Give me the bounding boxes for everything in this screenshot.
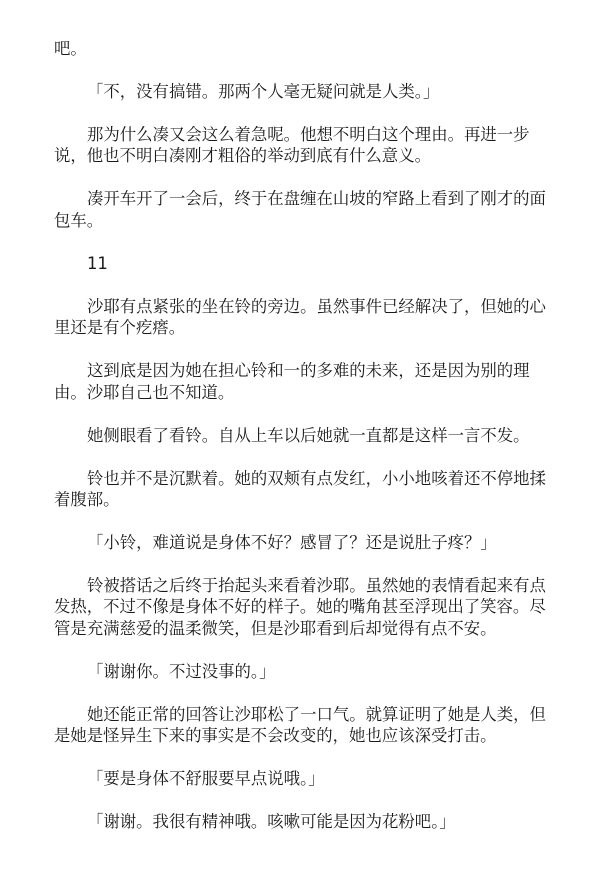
section-number: 11 (54, 253, 554, 274)
paragraph-narration: 铃也并不是沉默着。她的双颊有点发红，小小地咳着还不停地揉着腹部。 (54, 468, 554, 511)
paragraph-narration: 铃被搭话之后终于抬起头来看着沙耶。虽然她的表情看起来有点发热，不过不像是身体不好… (54, 575, 554, 639)
paragraph-narration: 凑开车开了一会后，终于在盘缠在山坡的窄路上看到了刚才的面包车。 (54, 188, 554, 231)
paragraph-continuation: 吧。 (54, 38, 554, 59)
paragraph-dialog: 「小铃，难道说是身体不好？感冒了？还是说肚子疼？」 (54, 532, 554, 553)
paragraph-narration: 她侧眼看了看铃。自从上车以后她就一直都是这样一言不发。 (54, 425, 554, 446)
paragraph-dialog: 「谢谢。我很有精神哦。咳嗽可能是因为花粉吧。」 (54, 811, 554, 832)
document-page: 吧。 「不，没有搞错。那两个人毫无疑问就是人类。」 那为什么凑又会这么着急呢。他… (54, 38, 554, 854)
paragraph-narration: 沙耶有点紧张的坐在铃的旁边。虽然事件已经解决了，但她的心里还是有个疙瘩。 (54, 296, 554, 339)
paragraph-dialog: 「谢谢你。不过没事的。」 (54, 661, 554, 682)
paragraph-narration: 这到底是因为她在担心铃和一的多难的未来，还是因为别的理由。沙耶自己也不知道。 (54, 360, 554, 403)
paragraph-dialog: 「不，没有搞错。那两个人毫无疑问就是人类。」 (54, 81, 554, 102)
paragraph-narration: 她还能正常的回答让沙耶松了一口气。就算证明了她是人类，但是她是怪异生下来的事实是… (54, 704, 554, 747)
paragraph-narration: 那为什么凑又会这么着急呢。他想不明白这个理由。再进一步说，他也不明白凑刚才粗俗的… (54, 124, 554, 167)
paragraph-dialog: 「要是身体不舒服要早点说哦。」 (54, 768, 554, 789)
